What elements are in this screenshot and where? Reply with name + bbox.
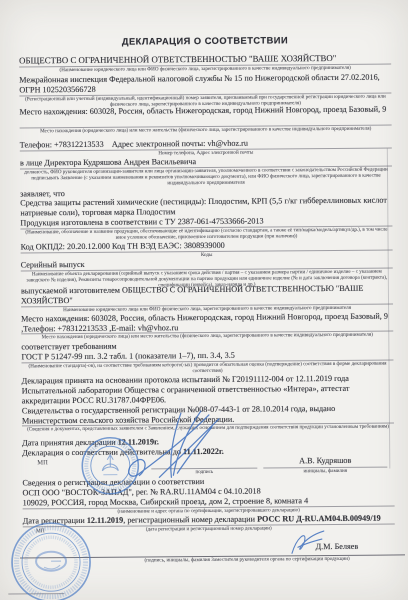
document-title: ДЕКЛАРАЦИЯ О СООТВЕТСТВИИ [19, 35, 391, 49]
registration-number: РОСС RU Д-RU.АМ04.В.00949/19 [257, 514, 381, 524]
registrar-caption: (подпись, инициалы, фамилия Заместителя … [92, 556, 402, 564]
scanned-declaration-page: ДЕКЛАРАЦИЯ О СООТВЕТСТВИИ ОБЩЕСТВО С ОГР… [0, 0, 408, 600]
applicant-address-caption: Место нахождения (юридического лица) или… [20, 127, 392, 136]
representative-caption: должность, ФИО руководителя организации-… [20, 168, 392, 188]
registrar-signature [284, 527, 334, 557]
basis-protocol: Декларация принята на основании протокол… [22, 374, 374, 407]
document-scan: ДЕКЛАРАЦИЯ О СООТВЕТСТВИИ ОБЩЕСТВО С ОГР… [0, 0, 408, 600]
applicant-address: Место нахождения: 603028, Россия, област… [19, 105, 391, 118]
signer-caption: инициалы, фамилия [263, 469, 387, 476]
signer-signature [111, 409, 247, 490]
certification-body-seal-stamp [8, 519, 95, 600]
mp-stamp-place-label: МП [37, 459, 48, 466]
registration-number-prefix: , регистрационный номер декларации [123, 515, 257, 525]
signer-name: А.В. Кудряшов [263, 456, 387, 467]
